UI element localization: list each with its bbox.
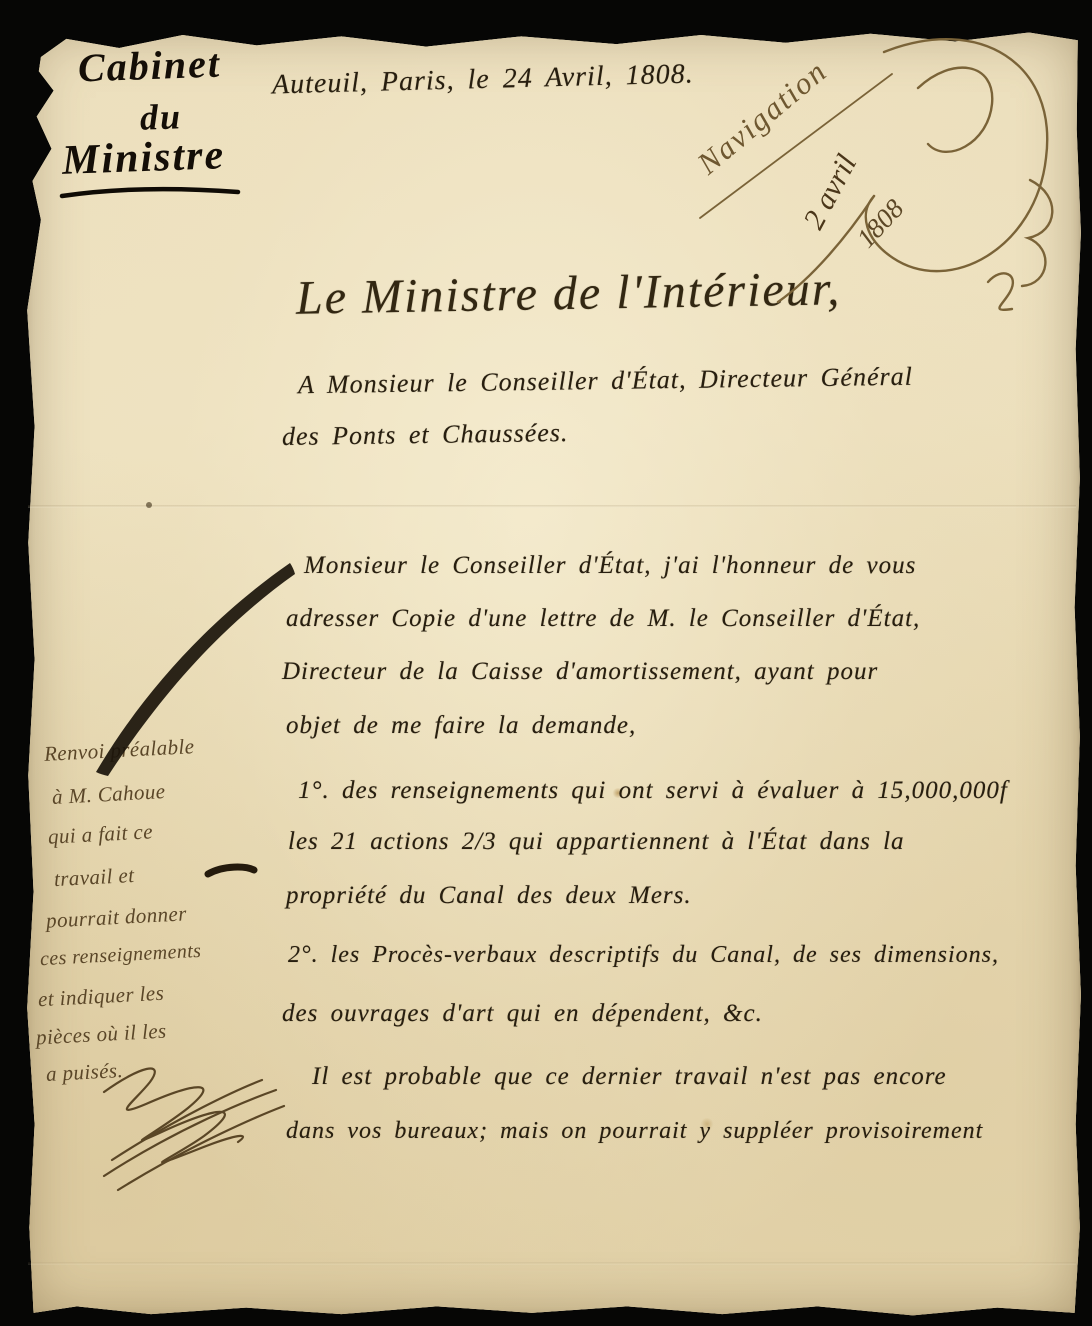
body-line: Monsieur le Conseiller d'État, j'ai l'ho… xyxy=(304,552,916,580)
body-line: adresser Copie d'une lettre de M. le Con… xyxy=(286,605,920,633)
body-line: objet de me faire la demande, xyxy=(286,712,636,740)
letter-title: Le Ministre de l'Intérieur, xyxy=(296,261,842,326)
scanned-letter-page: { "letterhead": { "office_lines": ["Cabi… xyxy=(0,0,1092,1326)
body-line: Il est probable que ce dernier travail n… xyxy=(312,1063,947,1091)
body-line: propriété du Canal des deux Mers. xyxy=(286,882,692,910)
office-stamp-line: Ministre xyxy=(61,131,226,185)
body-line: les 21 actions 2/3 qui appartiennent à l… xyxy=(288,828,905,856)
office-stamp-line: Cabinet xyxy=(77,40,221,92)
margin-note-line: a puisés. xyxy=(45,1058,123,1087)
recipient-line: des Ponts et Chaussées. xyxy=(282,418,569,452)
body-line: Directeur de la Caisse d'amortissement, … xyxy=(282,658,878,686)
margin-note-line: travail et xyxy=(53,863,135,892)
body-line: dans vos bureaux; mais on pourrait y sup… xyxy=(286,1118,983,1145)
body-line: 2°. les Procès-verbaux descriptifs du Ca… xyxy=(288,942,999,969)
body-line: 1°. des renseignements qui ont servi à é… xyxy=(298,777,1008,805)
body-line: des ouvrages d'art qui en dépendent, &c. xyxy=(282,1000,763,1028)
